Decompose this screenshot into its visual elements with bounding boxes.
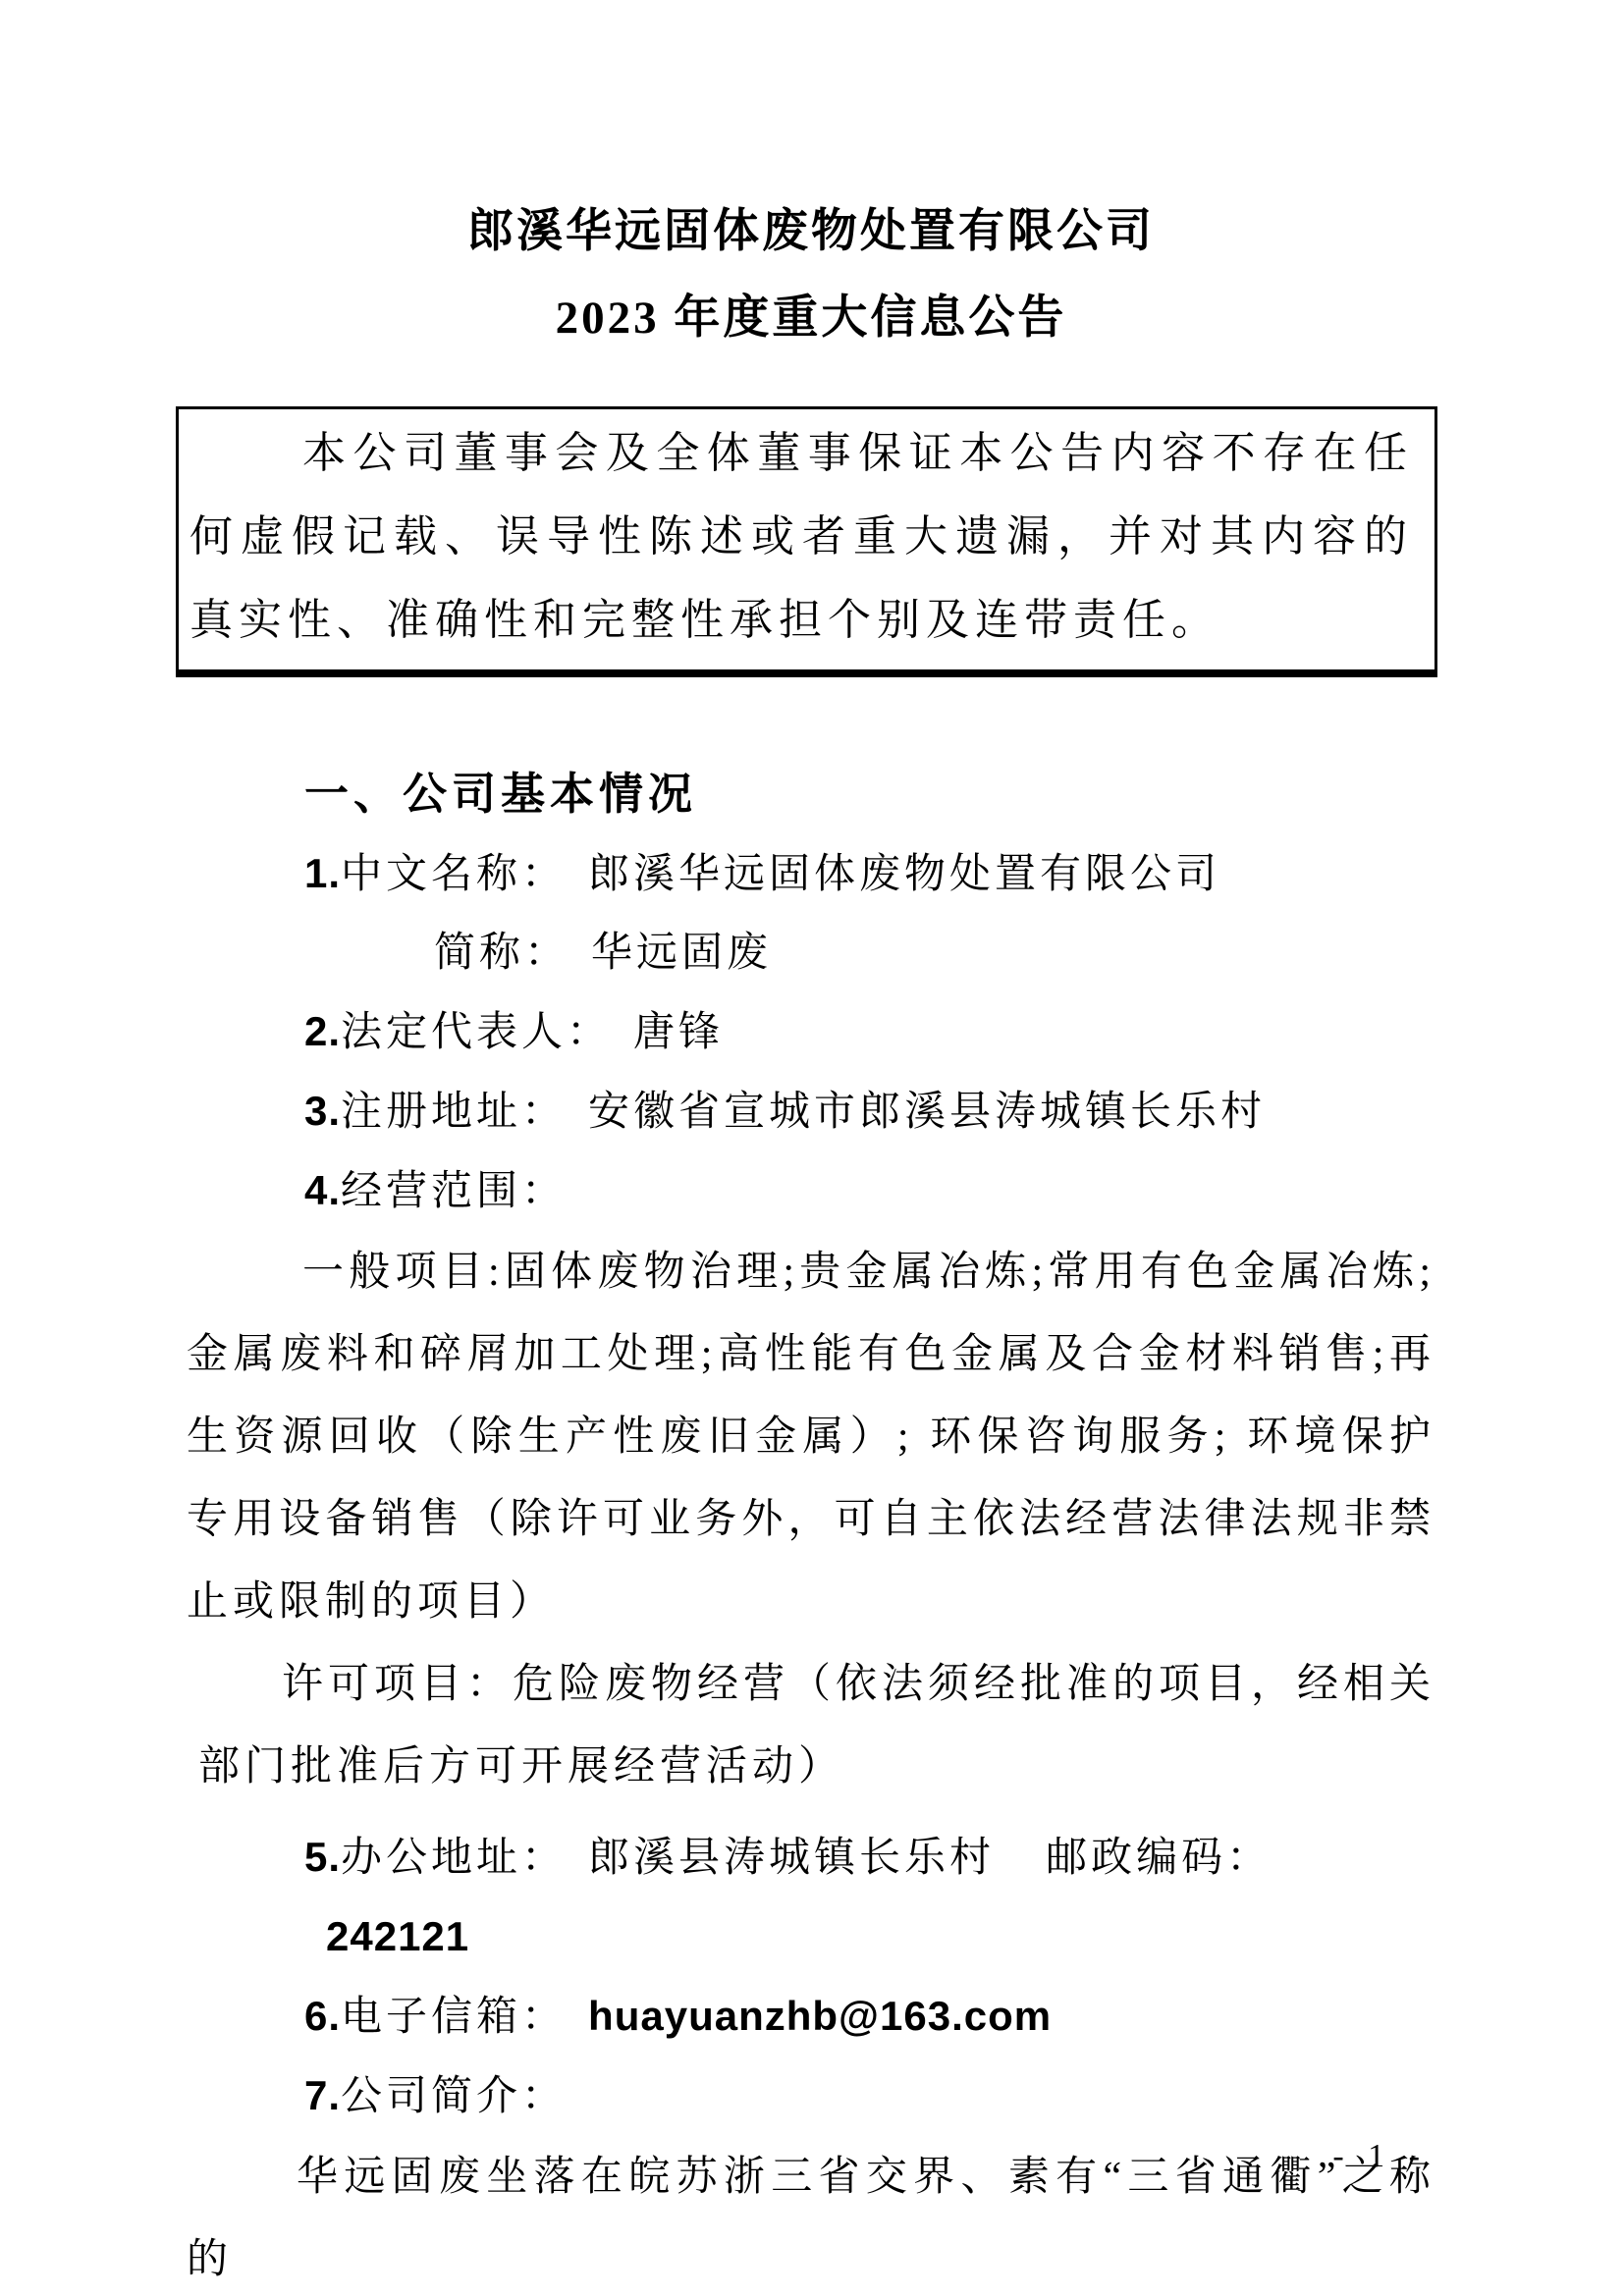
page-subtitle: 2023 年度重大信息公告	[187, 291, 1435, 346]
item-short-name: 简称：华远固废	[187, 914, 1435, 992]
paragraph-profile-intro: 华远固废坐落在皖苏浙三省交界、素有“三省通衢”之称的	[187, 2136, 1435, 2296]
section-heading: 一、公司基本情况	[187, 764, 1435, 825]
page-number: - 1 -	[1332, 2138, 1428, 2175]
paragraph-licensed-projects: 许可项目：危险废物经营（依法须经批准的项目，经相关部门批准后方可开展经营活动）	[198, 1643, 1435, 1808]
item-value: 华远固废	[591, 931, 772, 976]
item-company-profile: 7.公司简介：	[187, 2056, 1435, 2136]
item-number: 5.	[304, 1834, 341, 1880]
item-number: 2.	[304, 1008, 341, 1054]
item-label: 简称：	[434, 931, 569, 976]
company-info-list-continued: 5.办公地址：郎溪县涛城镇长乐村邮政编码：242121 6.电子信箱：huayu…	[187, 1818, 1435, 2136]
item-value: 唐锋	[633, 1010, 724, 1055]
disclaimer-box: 本公司董事会及全体董事保证本公告内容不存在任何虚假记载、误导性陈述或者重大遗漏，…	[176, 406, 1437, 677]
item-label: 公司简介：	[341, 2074, 567, 2119]
item-office-address: 5.办公地址：郎溪县涛城镇长乐村邮政编码：242121	[187, 1818, 1435, 1977]
company-info-list: 1.中文名称：郎溪华远固体废物处置有限公司 简称：华远固废 2.法定代表人：唐锋…	[187, 834, 1435, 1231]
item-label: 经营范围：	[341, 1169, 567, 1214]
item-chinese-name: 1.中文名称：郎溪华远固体废物处置有限公司	[187, 834, 1435, 914]
item-number: 3.	[304, 1088, 341, 1134]
item-number: 7.	[304, 2072, 341, 2118]
item-label: 电子信箱：	[341, 1995, 567, 2040]
postal-code-label: 邮政编码：	[1046, 1836, 1272, 1881]
item-number: 4.	[304, 1167, 341, 1213]
item-email: 6.电子信箱：huayuanzhb@163.com	[187, 1977, 1435, 2056]
item-value: 安徽省宣城市郎溪县涛城镇长乐村	[588, 1090, 1266, 1135]
paragraph-general-projects: 一般项目:固体废物治理;贵金属冶炼;常用有色金属冶炼;金属废料和碎屑加工处理;高…	[187, 1231, 1435, 1643]
item-value: 郎溪县涛城镇长乐村	[588, 1836, 995, 1881]
item-number: 6.	[304, 1993, 341, 2039]
item-value: 郎溪华远固体废物处置有限公司	[588, 852, 1220, 897]
item-label: 注册地址：	[341, 1090, 567, 1135]
item-number: 1.	[304, 850, 341, 896]
disclaimer-text: 本公司董事会及全体董事保证本公告内容不存在任何虚假记载、误导性陈述或者重大遗漏，…	[189, 411, 1413, 662]
page-title: 郎溪华远固体废物处置有限公司	[187, 204, 1435, 259]
page-content: 郎溪华远固体废物处置有限公司 2023 年度重大信息公告 本公司董事会及全体董事…	[187, 0, 1435, 2296]
item-business-scope: 4.经营范围：	[187, 1151, 1435, 1231]
item-registered-address: 3.注册地址：安徽省宣城市郎溪县涛城镇长乐村	[187, 1072, 1435, 1151]
item-label: 办公地址：	[341, 1836, 567, 1881]
item-label: 中文名称：	[341, 852, 567, 897]
item-label: 法定代表人：	[341, 1010, 612, 1055]
postal-code-value: 242121	[326, 1913, 469, 1959]
item-legal-representative: 2.法定代表人：唐锋	[187, 992, 1435, 1072]
email-value: huayuanzhb@163.com	[588, 1993, 1052, 2039]
document-page: { "document": { "title": "郎溪华远固体废物处置有限公司…	[0, 0, 1624, 2296]
